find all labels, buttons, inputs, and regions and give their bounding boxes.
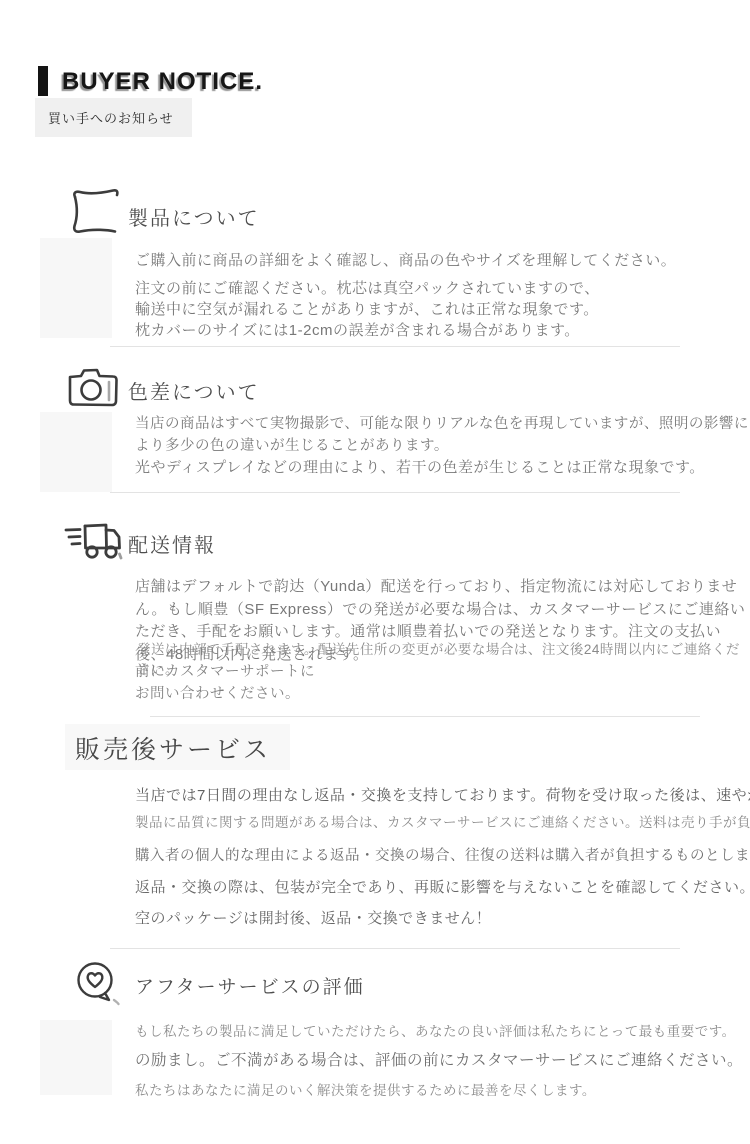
section-divider [150, 716, 700, 717]
section-divider [110, 492, 680, 493]
section-title-after-sales: 販売後サービス [75, 730, 271, 766]
section-divider [110, 346, 680, 347]
shipping-paragraph-3: 前にカスタマーサポートに お問い合わせください。 [135, 661, 747, 706]
color-paragraph-1: 当店の商品はすべて実物撮影で、可能な限りリアルな色を再現していますが、照明の影響… [135, 414, 750, 458]
rating-paragraph-2: の励まし。ご不満がある場合は、評価の前にカスタマーサービスにご連絡ください。 [135, 1050, 750, 1072]
section-title-rating: アフターサービスの評価 [135, 972, 365, 999]
shipping-paragraph-3-line1: 前にカスタマーサポートに [135, 664, 315, 680]
after-sales-paragraph-5: 空のパッケージは開封後、返品・交換できません！ [135, 908, 750, 930]
after-sales-paragraph-1: 当店では7日間の理由なし返品・交換を支持しております。荷物を受け取った後は、速や… [135, 785, 750, 807]
rating-paragraph-3: 私たちはあなたに満足のいく解決策を提供するために最善を尽くします。 [135, 1081, 750, 1101]
product-paragraph-1: ご購入前に商品の詳細をよく確認し、商品の色やサイズを理解してください。 [135, 250, 747, 272]
title-accent-bar [38, 66, 48, 96]
shipping-paragraph-3-line2: お問い合わせください。 [135, 686, 300, 702]
heart-bubble-icon [72, 960, 124, 1008]
rating-paragraph-1: もし私たちの製品に満足していただけたら、あなたの良い評価は私たちにとって最も重要… [135, 1022, 750, 1042]
section-divider [110, 948, 680, 949]
shade-block [40, 238, 112, 338]
truck-icon [62, 520, 126, 562]
section-title-shipping: 配送情報 [128, 529, 216, 558]
shade-block [40, 412, 112, 492]
after-sales-paragraph-4: 返品・交換の際は、包装が完全であり、再販に影響を与えないことを確認してください。… [135, 877, 750, 899]
after-sales-paragraph-2: 製品に品質に関する問題がある場合は、カスタマーサービスにご連絡ください。送料は売… [135, 813, 750, 833]
section-title-product: 製品について [128, 202, 260, 231]
shade-block [40, 1020, 112, 1095]
section-title-color: 色差について [128, 376, 260, 405]
page-title: BUYER NOTICE. [62, 68, 263, 96]
color-paragraph-2: 光やディスプレイなどの理由により、若干の色差が生じることは正常な現象です。 [135, 457, 750, 479]
page-subtitle: 買い手へのお知らせ [48, 108, 174, 127]
product-paragraph-2: 注文の前にご確認ください。枕芯は真空パックされていますので、輸送中に空気が漏れる… [135, 278, 605, 341]
pillow-icon [68, 188, 120, 236]
after-sales-paragraph-3: 購入者の個人的な理由による返品・交換の場合、往復の送料は購入者が負担するものとし… [135, 846, 750, 867]
camera-icon [66, 366, 122, 408]
